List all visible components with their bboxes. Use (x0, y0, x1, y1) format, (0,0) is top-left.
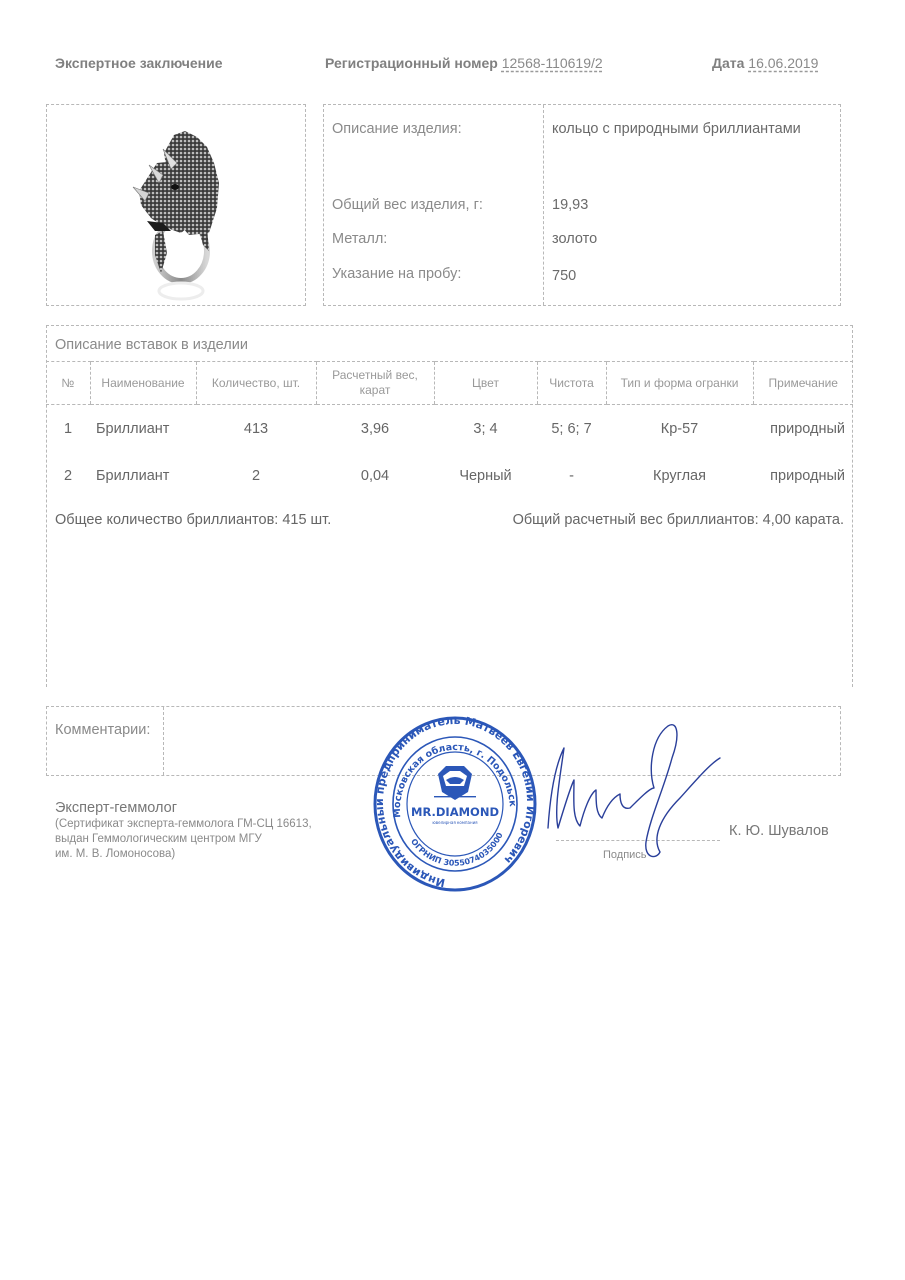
item-description-value: кольцо с природными бриллиантами (552, 121, 801, 137)
cell-clarity: - (537, 452, 606, 499)
total-weight: Общий расчетный вес бриллиантов: 4,00 ка… (513, 512, 844, 528)
item-hallmark-value: 750 (552, 268, 576, 284)
item-photo-box (46, 104, 306, 306)
cell-color: Черный (434, 452, 537, 499)
item-weight-value: 19,93 (552, 197, 588, 213)
col-clarity: Чистота (537, 362, 606, 405)
diamond-logo-icon (434, 766, 476, 800)
comments-label: Комментарии: (55, 722, 150, 738)
inserts-header-row: № Наименование Количество, шт. Расчетный… (46, 362, 853, 405)
item-metal-label: Металл: (332, 231, 387, 247)
col-number: № (46, 362, 90, 405)
document-type: Экспертное заключение (55, 55, 223, 71)
cell-cut: Кр-57 (606, 405, 753, 453)
cell-color: 3; 4 (434, 405, 537, 453)
inserts-box: Описание вставок в изделии № Наименовани… (46, 325, 853, 687)
item-hallmark-label: Указание на пробу: (332, 266, 461, 282)
cell-number: 2 (46, 452, 90, 499)
date-label: Дата (712, 55, 744, 71)
inserts-title: Описание вставок в изделии (55, 337, 248, 353)
item-info-divider (543, 105, 544, 305)
signature (540, 718, 730, 868)
table-row: 1 Бриллиант 413 3,96 3; 4 5; 6; 7 Кр-57 … (46, 405, 853, 453)
expert-title: Эксперт-геммолог (55, 800, 177, 816)
col-cut: Тип и форма огранки (606, 362, 753, 405)
item-description-label: Описание изделия: (332, 121, 462, 137)
registration-number: Регистрационный номер 12568-110619/2 (325, 55, 603, 71)
inserts-table: № Наименование Количество, шт. Расчетный… (46, 361, 853, 499)
col-note: Примечание (753, 362, 853, 405)
total-count: Общее количество бриллиантов: 415 шт. (55, 512, 331, 528)
col-weight: Расчетный вес,карат (316, 362, 434, 405)
cell-cut: Круглая (606, 452, 753, 499)
expert-certificate-line-3: им. М. В. Ломоносова) (55, 848, 175, 860)
stamp-brand-sub: ювелирная компания (432, 820, 478, 825)
cell-quantity: 2 (196, 452, 316, 499)
registration-value: 12568-110619/2 (502, 55, 603, 71)
item-weight-label: Общий вес изделия, г: (332, 197, 483, 213)
cell-clarity: 5; 6; 7 (537, 405, 606, 453)
cell-number: 1 (46, 405, 90, 453)
item-info-box: Описание изделия: кольцо с природными бр… (323, 104, 841, 306)
cell-quantity: 413 (196, 405, 316, 453)
cell-weight: 0,04 (316, 452, 434, 499)
stamp-brand: MR.DIAMOND (411, 805, 499, 819)
cell-note: природный (753, 405, 853, 453)
expert-certificate-line-1: (Сертификат эксперта-геммолога ГМ-СЦ 166… (55, 818, 312, 830)
col-name: Наименование (90, 362, 196, 405)
signer-name: К. Ю. Шувалов (729, 823, 829, 839)
comments-divider (163, 707, 164, 775)
ring-photo (119, 123, 229, 303)
cell-weight: 3,96 (316, 405, 434, 453)
cell-name: Бриллиант (90, 405, 196, 453)
cell-note: природный (753, 452, 853, 499)
registration-label: Регистрационный номер (325, 55, 498, 71)
date-value: 16.06.2019 (748, 55, 818, 71)
item-metal-value: золото (552, 231, 597, 247)
table-row: 2 Бриллиант 2 0,04 Черный - Круглая прир… (46, 452, 853, 499)
expert-certificate-line-2: выдан Геммологическим центром МГУ (55, 833, 262, 845)
cell-name: Бриллиант (90, 452, 196, 499)
col-quantity: Количество, шт. (196, 362, 316, 405)
company-stamp: Индивидуальный предприниматель Матвеев Е… (372, 716, 538, 892)
document-date: Дата 16.06.2019 (712, 55, 818, 71)
col-color: Цвет (434, 362, 537, 405)
